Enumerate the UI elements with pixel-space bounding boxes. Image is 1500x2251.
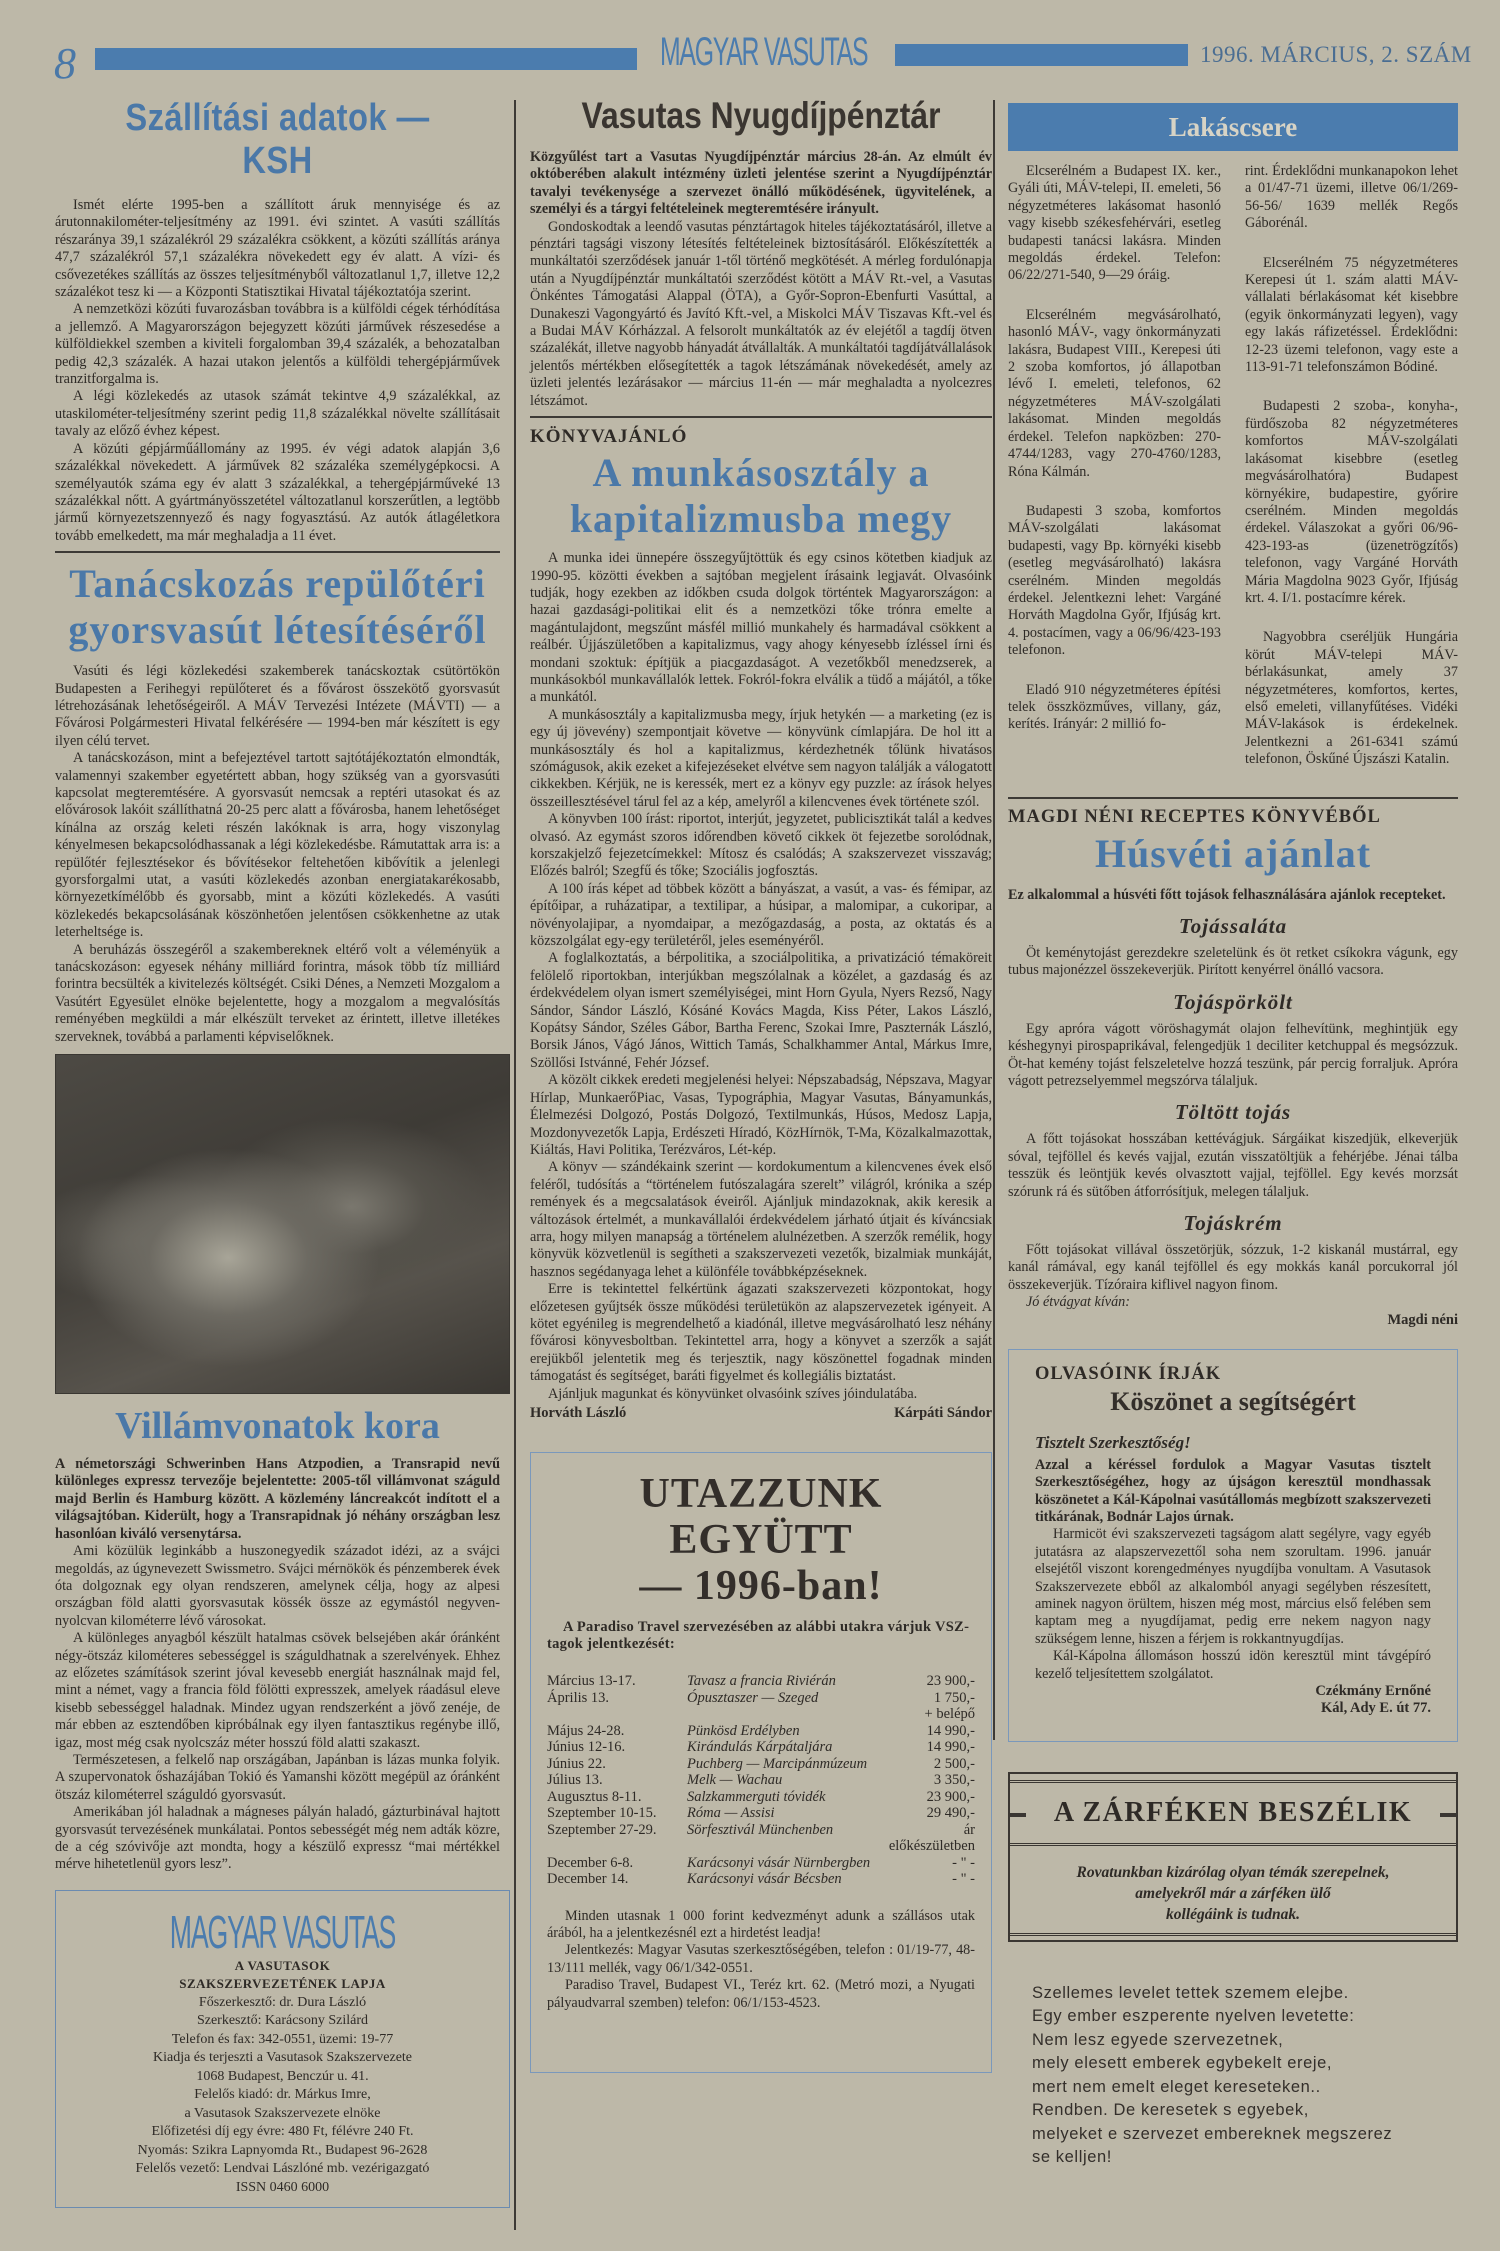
trip-destination <box>687 1706 875 1723</box>
paragraph: Gondoskodtak a leendő vasutas pénztártag… <box>530 219 992 410</box>
article-headline: Villámvonatok kora <box>55 1404 500 1448</box>
trip-list: Március 13-17.Tavasz a francia Riviérán2… <box>547 1673 975 1888</box>
poem-line: melyeket e szervezet embereknek megszere… <box>1032 2123 1458 2147</box>
poem-line: Egy ember eszperente nyelven levetette: <box>1032 2005 1458 2029</box>
recipe-title: Töltött tojás <box>1008 1100 1458 1125</box>
masthead-bar-left <box>95 48 637 70</box>
travel-headline: UTAZZUNK EGYÜTT <box>547 1471 975 1563</box>
trip-destination: Karácsonyi vásár Bécsben <box>687 1871 875 1888</box>
impressum-line: ISSN 0460 6000 <box>66 2179 499 2198</box>
zarfeken-headline: A ZÁRFÉKEN BESZÉLIK <box>1010 1780 1456 1846</box>
trip-destination: Kirándulás Kárpátaljára <box>687 1739 875 1756</box>
column-left: Szállítási adatok — KSH Ismét elérte 199… <box>55 95 500 2208</box>
trip-price: 14 990,- <box>875 1739 975 1756</box>
impressum-line: SZAKSZERVEZETÉNEK LAPJA <box>66 1975 499 1994</box>
article-headline: A munkásosztály a kapitalizmusba megy <box>530 450 992 542</box>
impressum-line: A VASUTASOK <box>66 1957 499 1976</box>
article-headline: Köszönet a segítségért <box>1035 1387 1431 1417</box>
trip-date: Augusztus 8-11. <box>547 1789 687 1806</box>
page-number: 8 <box>54 38 76 89</box>
article-headline: Vasutas Nyugdíjpénztár <box>562 95 959 137</box>
poem-line: mert nem emelt eleget kereseteken.. <box>1032 2076 1458 2100</box>
impressum-logo: MAGYAR VASUTAS <box>157 1907 408 1957</box>
trip-date: Július 13. <box>547 1772 687 1789</box>
paragraph: A könyvben 100 írást: riportot, interjút… <box>530 811 992 881</box>
recipe-text: Egy apróra vágott vöröshagymát olajon fe… <box>1008 1021 1458 1091</box>
section-kicker: MAGDI NÉNI RECEPTES KÖNYVÉBŐL <box>1008 807 1458 828</box>
trip-row: Június 22.Puchberg — Marcipánmúzeum2 500… <box>547 1756 975 1773</box>
trip-destination: Pünkösd Erdélyben <box>687 1723 875 1740</box>
paragraph: A 100 írás képet ad többek között a bány… <box>530 881 992 951</box>
author-name: Kárpáti Sándor <box>894 1405 992 1422</box>
trip-price: 23 900,- <box>875 1789 975 1806</box>
classified-ad: Budapesti 2 szoba-, konyha-, fürdőszoba … <box>1245 398 1458 607</box>
trip-destination: Sörfesztivál Münchenben <box>687 1822 875 1855</box>
column-divider <box>514 100 516 2230</box>
classified-ad: Elcserélném 75 négyzetméteres Kerepesi ú… <box>1245 255 1458 377</box>
paragraph: A munka idei ünnepére összegyűjtöttük és… <box>530 550 992 707</box>
trip-date: Szeptember 27-29. <box>547 1822 687 1855</box>
travel-ad-box: UTAZZUNK EGYÜTT — 1996-ban! A Paradiso T… <box>530 1452 992 2073</box>
article-headline: Tanácskozás repülőtéri gyorsvasút létesí… <box>55 561 500 653</box>
trip-destination: Salzkammerguti tóvidék <box>687 1789 875 1806</box>
ads-subcolumn: rint. Érdeklődni munkanapokon lehet a 01… <box>1245 163 1458 791</box>
article-lead: Ez alkalommal a húsvéti főtt tojások fel… <box>1008 887 1458 904</box>
trip-date <box>547 1706 687 1723</box>
section-divider <box>1008 797 1458 799</box>
classified-ad: Budapesti 3 szoba, komfortos MÁV-szolgál… <box>1008 503 1221 660</box>
zarfeken-box: A ZÁRFÉKEN BESZÉLIK Rovatunkban kizáróla… <box>1008 1772 1458 1942</box>
poem-line: Szellemes levelet tettek szemem elejbe. <box>1032 1982 1458 2006</box>
paragraph: A tanácskozáson, mint a befejeztével tar… <box>55 750 500 941</box>
classified-ad: rint. Érdeklődni munkanapokon lehet a 01… <box>1245 163 1458 233</box>
trip-destination: Ópusztaszer — Szeged <box>687 1690 875 1707</box>
trip-row: Március 13-17.Tavasz a francia Riviérán2… <box>547 1673 975 1690</box>
trip-date: Szeptember 10-15. <box>547 1805 687 1822</box>
article-lead: Közgyűlést tart a Vasutas Nyugdíjpénztár… <box>530 149 992 219</box>
paragraph: A munkásosztály a kapitalizmusba megy, í… <box>530 707 992 811</box>
author-name: Horváth László <box>530 1405 626 1422</box>
trip-row: Június 12-16.Kirándulás Kárpátaljára14 9… <box>547 1739 975 1756</box>
travel-headline: — 1996-ban! <box>547 1563 975 1609</box>
zarfeken-subtitle: Rovatunkban kizárólag olyan témák szerep… <box>1010 1852 1456 1936</box>
recipe-signature: Magdi néni <box>1008 1312 1458 1329</box>
paragraph: A könyv — szándékaink szerint — kordokum… <box>530 1159 992 1281</box>
impressum-box: MAGYAR VASUTAS A VASUTASOK SZAKSZERVEZET… <box>55 1890 510 2209</box>
trip-row: Július 13.Melk — Wachau3 350,- <box>547 1772 975 1789</box>
impressum-line: Szerkesztő: Karácsony Szilárd <box>66 2012 499 2031</box>
trip-date: Április 13. <box>547 1690 687 1707</box>
impressum-line: Felelős kiadó: dr. Márkus Imre, <box>66 2086 499 2105</box>
ads-subcolumn: Elcserélném a Budapest IX. ker., Gyáli ú… <box>1008 163 1221 791</box>
section-kicker: OLVASÓINK ÍRJÁK <box>1035 1364 1431 1385</box>
poem-line: Rendben. De keresetek s egyebek, <box>1032 2099 1458 2123</box>
article-nyugdijpenztar: Vasutas Nyugdíjpénztár Közgyűlést tart a… <box>530 95 992 410</box>
subtitle-line: kollégáink is tudnak. <box>1026 1904 1440 1925</box>
trip-price: 14 990,- <box>875 1723 975 1740</box>
trip-row: December 14.Karácsonyi vásár Bécsben- " … <box>547 1871 975 1888</box>
paragraph: A közölt cikkek eredeti megjelenési hely… <box>530 1072 992 1159</box>
letter-signature-address: Kál, Ady E. út 77. <box>1035 1700 1431 1717</box>
section-lakascsere: Lakáscsere Elcserélném a Budapest IX. ke… <box>1008 103 1458 791</box>
paragraph: A beruházás összegéről a szakembereknek … <box>55 942 500 1046</box>
classified-ads: Elcserélném a Budapest IX. ker., Gyáli ú… <box>1008 163 1458 791</box>
paragraph: A foglalkoztatás, a bérpolitika, a szoci… <box>530 950 992 1072</box>
section-kicker: KÖNYVAJÁNLÓ <box>530 426 992 448</box>
article-headline: Szállítási adatok — KSH <box>86 97 469 183</box>
column-middle: Vasutas Nyugdíjpénztár Közgyűlést tart a… <box>530 95 992 2073</box>
classified-ad: Eladó 910 négyzetméteres építési telek ö… <box>1008 682 1221 734</box>
paragraph: Erre is tekintettel felkértünk ágazati s… <box>530 1281 992 1385</box>
paragraph: Kál-Kápolna állomáson hosszú idön keresz… <box>1035 1648 1431 1683</box>
section-recipes: MAGDI NÉNI RECEPTES KÖNYVÉBŐL Húsvéti aj… <box>1008 807 1458 1329</box>
paragraph: Ajánljuk magunkat és könyvünket olvasóin… <box>530 1386 992 1403</box>
poem-line: mely elesett emberek egybekelt ereje, <box>1032 2052 1458 2076</box>
column-right: Lakáscsere Elcserélném a Budapest IX. ke… <box>1008 95 1458 2170</box>
poem-line: se kelljen! <box>1032 2146 1458 2170</box>
recipe-title: Tojáspörkölt <box>1008 990 1458 1015</box>
trip-price: 23 900,- <box>875 1673 975 1690</box>
trip-price: ár előkészületben <box>875 1822 975 1855</box>
paragraph: Paradiso Travel, Budapest VI., Teréz krt… <box>547 1977 975 2012</box>
trip-price: - " - <box>875 1871 975 1888</box>
impressum-line: 1068 Budapest, Benczúr u. 41. <box>66 2068 499 2087</box>
paragraph: Ismét elérte 1995-ben a szállított áruk … <box>55 197 500 301</box>
trip-destination: Róma — Assisi <box>687 1805 875 1822</box>
paragraph: Ami közülük leginkább a huszonegyedik sz… <box>55 1543 500 1630</box>
impressum-line: Nyomás: Szikra Lapnyomda Rt., Budapest 9… <box>66 2142 499 2161</box>
poem: Szellemes levelet tettek szemem elejbe. … <box>1032 1982 1458 2170</box>
paragraph: A nemzetközi közúti fuvarozásban továbbr… <box>55 301 500 388</box>
paragraph: A közúti gépjárműállomány az 1995. év vé… <box>55 441 500 545</box>
letter-salutation: Tisztelt Szerkesztőség! <box>1035 1433 1431 1453</box>
trip-date: December 14. <box>547 1871 687 1888</box>
masthead-title: MAGYAR VASUTAS <box>660 30 867 75</box>
paragraph: Amerikában jól haladnak a mágneses pályá… <box>55 1804 500 1874</box>
author-signatures: Horváth László Kárpáti Sándor <box>530 1405 992 1422</box>
impressum-line: Főszerkesztő: dr. Dura László <box>66 1994 499 2013</box>
recipe-title: Tojáskrém <box>1008 1211 1458 1236</box>
trip-price: + belépő <box>875 1706 975 1723</box>
trip-price: 3 350,- <box>875 1772 975 1789</box>
recipe-text: A főtt tojásokat hosszában kettévágjuk. … <box>1008 1131 1458 1201</box>
article-lead: Azzal a kéréssel fordulok a Magyar Vasut… <box>1035 1457 1431 1527</box>
trip-price: 1 750,- <box>875 1690 975 1707</box>
impressum-line: Felelős vezető: Lendvai Lászlóné mb. vez… <box>66 2160 499 2179</box>
section-divider <box>55 551 500 553</box>
article-lead: A németországi Schwerinben Hans Atzpodie… <box>55 1456 500 1543</box>
column-divider <box>993 100 995 1740</box>
article-ksh: Szállítási adatok — KSH Ismét elérte 199… <box>55 97 500 545</box>
paragraph: Harmicöt évi szakszervezeti tagságom ala… <box>1035 1526 1431 1648</box>
section-divider <box>530 416 992 418</box>
trip-price: - " - <box>875 1855 975 1872</box>
trip-destination: Karácsonyi vásár Nürnbergben <box>687 1855 875 1872</box>
recipe-text: Főtt tojásokat villával összetörjük, sóz… <box>1008 1242 1458 1294</box>
trip-row: Augusztus 8-11.Salzkammerguti tóvidék23 … <box>547 1789 975 1806</box>
newspaper-page: 8 MAGYAR VASUTAS 1996. MÁRCIUS, 2. SZÁM … <box>0 0 1500 2251</box>
trip-date: Március 13-17. <box>547 1673 687 1690</box>
article-villamvonatok: Villámvonatok kora A németországi Schwer… <box>55 1404 500 1874</box>
trip-date: Június 12-16. <box>547 1739 687 1756</box>
trip-date: Május 24-28. <box>547 1723 687 1740</box>
poem-line: Nem lesz egyede szervezetnek, <box>1032 2029 1458 2053</box>
paragraph: Természetesen, a felkelő nap országában,… <box>55 1752 500 1804</box>
trip-row: Szeptember 10-15.Róma — Assisi29 490,- <box>547 1805 975 1822</box>
letter-box: OLVASÓINK ÍRJÁK Köszönet a segítségért T… <box>1008 1349 1458 1742</box>
recipe-closing: Jó étvágyat kíván: <box>1008 1294 1458 1311</box>
article-headline: Húsvéti ajánlat <box>1008 830 1458 877</box>
trip-date: Június 22. <box>547 1756 687 1773</box>
paragraph: A légi közlekedés az utasok számát tekin… <box>55 388 500 440</box>
travel-intro: A Paradiso Travel szervezésében az alább… <box>547 1619 975 1653</box>
trip-destination: Tavasz a francia Riviérán <box>687 1673 875 1690</box>
trip-row: December 6-8.Karácsonyi vásár Nürnbergbe… <box>547 1855 975 1872</box>
paragraph: Vasúti és légi közlekedési szakemberek t… <box>55 663 500 750</box>
classified-ad: Elcserélném megvásárolható, hasonló MÁV-… <box>1008 307 1221 481</box>
impressum-line: Kiadja és terjeszti a Vasutasok Szakszer… <box>66 2049 499 2068</box>
trip-destination: Melk — Wachau <box>687 1772 875 1789</box>
impressum-line: Előfizetési díj egy évre: 480 Ft, félévr… <box>66 2123 499 2142</box>
trip-row: + belépő <box>547 1706 975 1723</box>
recipe-title: Tojássaláta <box>1008 914 1458 939</box>
paragraph: Jelentkezés: Magyar Vasutas szerkesztősé… <box>547 1942 975 1977</box>
travel-footer: Minden utasnak 1 000 forint kedvezményt … <box>547 1908 975 2012</box>
masthead: 8 MAGYAR VASUTAS 1996. MÁRCIUS, 2. SZÁM <box>40 30 1460 80</box>
masthead-bar-right <box>895 44 1188 66</box>
paragraph: A különleges anyagból készült hatalmas c… <box>55 1630 500 1752</box>
train-photo <box>55 1054 510 1394</box>
trip-date: December 6-8. <box>547 1855 687 1872</box>
trip-price: 29 490,- <box>875 1805 975 1822</box>
subtitle-line: Rovatunkban kizárólag olyan témák szerep… <box>1026 1862 1440 1883</box>
paragraph: Minden utasnak 1 000 forint kedvezményt … <box>547 1908 975 1943</box>
article-tanacskozas: Tanácskozás repülőtéri gyorsvasút létesí… <box>55 561 500 1046</box>
section-header-banner: Lakáscsere <box>1008 103 1458 151</box>
trip-price: 2 500,- <box>875 1756 975 1773</box>
recipe-text: Öt keménytojást gerezdekre szeletelünk é… <box>1008 945 1458 980</box>
trip-row: Május 24-28.Pünkösd Erdélyben14 990,- <box>547 1723 975 1740</box>
impressum-line: a Vasutasok Szakszervezete elnöke <box>66 2105 499 2124</box>
trip-row: Április 13.Ópusztaszer — Szeged1 750,- <box>547 1690 975 1707</box>
letter-signature-name: Czékmány Ernőné <box>1035 1683 1431 1700</box>
classified-ad: Elcserélném a Budapest IX. ker., Gyáli ú… <box>1008 163 1221 285</box>
classified-ad: Nagyobbra cseréljük Hungária körút MÁV-t… <box>1245 629 1458 768</box>
trip-destination: Puchberg — Marcipánmúzeum <box>687 1756 875 1773</box>
impressum-line: Telefon és fax: 342-0551, üzemi: 19-77 <box>66 2031 499 2050</box>
issue-date: 1996. MÁRCIUS, 2. SZÁM <box>1200 42 1472 68</box>
trip-row: Szeptember 27-29.Sörfesztivál Münchenben… <box>547 1822 975 1855</box>
article-konyvajanlo: KÖNYVAJÁNLÓ A munkásosztály a kapitalizm… <box>530 426 992 1422</box>
subtitle-line: amelyekről már a zárféken ülő <box>1026 1883 1440 1904</box>
